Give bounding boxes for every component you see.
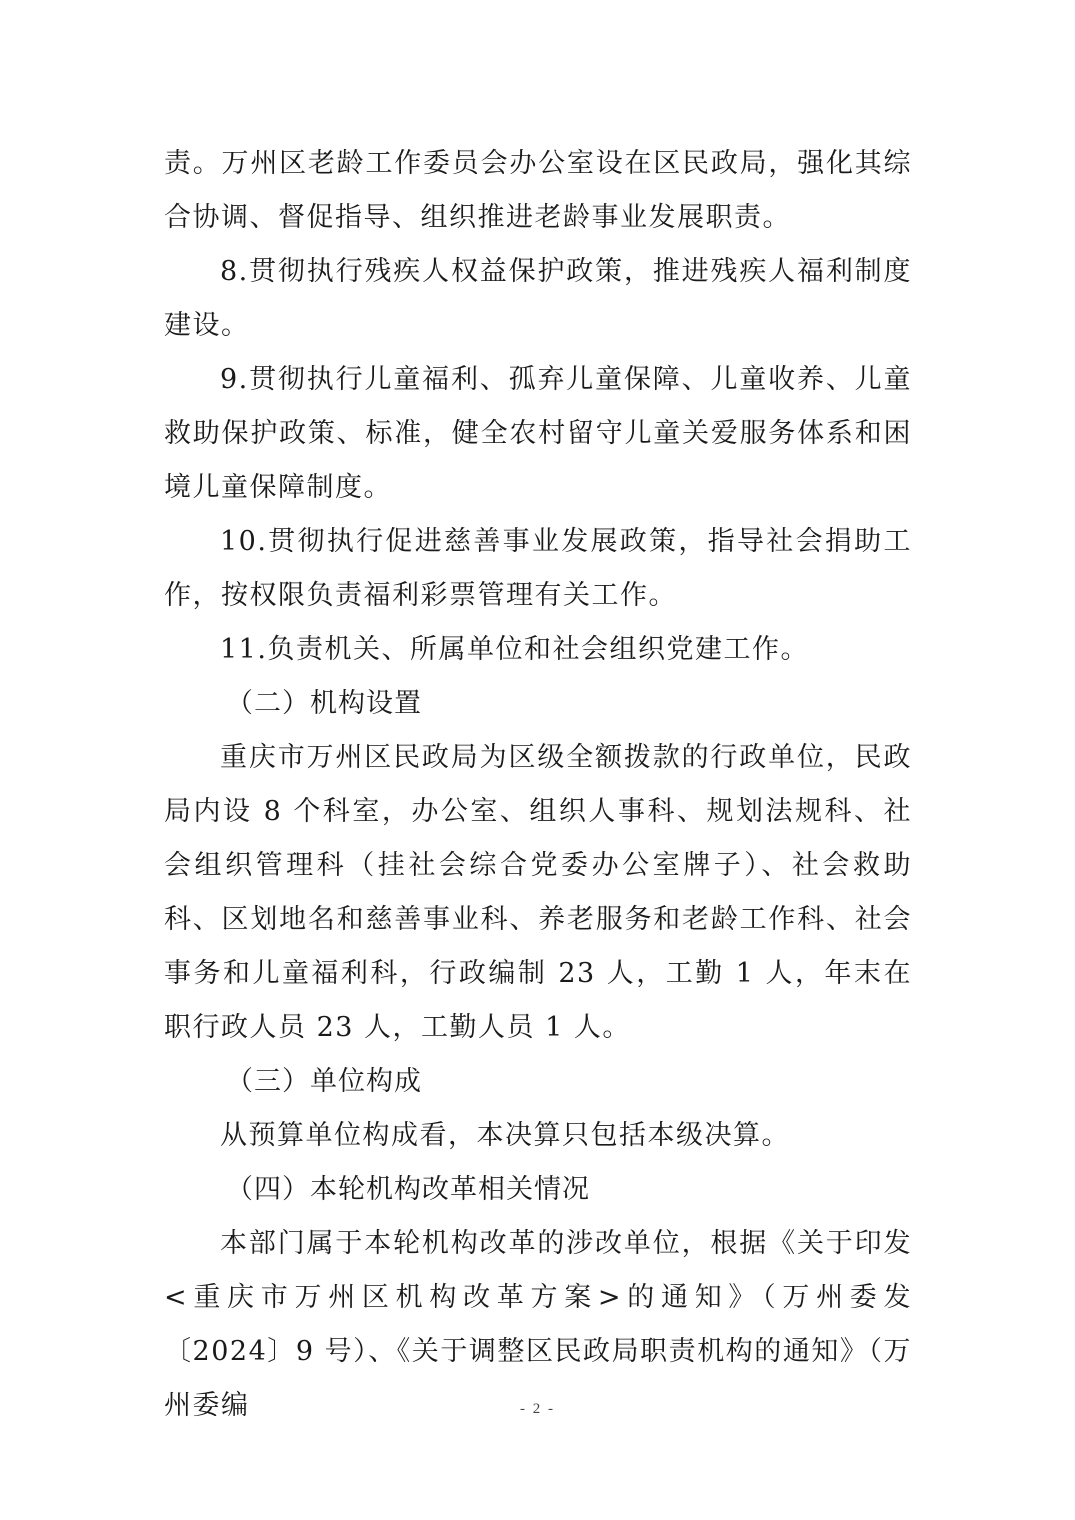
paragraph-item-8: 8.贯彻执行残疾人权益保护政策，推进残疾人福利制度建设。 xyxy=(164,245,912,353)
document-body: 责。万州区老龄工作委员会办公室设在区民政局，强化其综合协调、督促指导、组织推进老… xyxy=(164,137,912,1433)
section-heading-reform: （四）本轮机构改革相关情况 xyxy=(164,1163,912,1217)
section-heading-org-setup: （二）机构设置 xyxy=(164,677,912,731)
paragraph-item-10: 10.贯彻执行促进慈善事业发展政策，指导社会捐助工作，按权限负责福利彩票管理有关… xyxy=(164,515,912,623)
paragraph-item-11: 11.负责机关、所属单位和社会组织党建工作。 xyxy=(164,623,912,677)
paragraph-item-9: 9.贯彻执行儿童福利、孤弃儿童保障、儿童收养、儿童救助保护政策、标准，健全农村留… xyxy=(164,353,912,515)
section-heading-unit-composition: （三）单位构成 xyxy=(164,1055,912,1109)
paragraph-unit-composition: 从预算单位构成看，本决算只包括本级决算。 xyxy=(164,1109,912,1163)
paragraph-continuation: 责。万州区老龄工作委员会办公室设在区民政局，强化其综合协调、督促指导、组织推进老… xyxy=(164,137,912,245)
paragraph-org-setup: 重庆市万州区民政局为区级全额拨款的行政单位，民政局内设 8 个科室，办公室、组织… xyxy=(164,731,912,1055)
page-number: - 2 - xyxy=(0,1401,1075,1418)
